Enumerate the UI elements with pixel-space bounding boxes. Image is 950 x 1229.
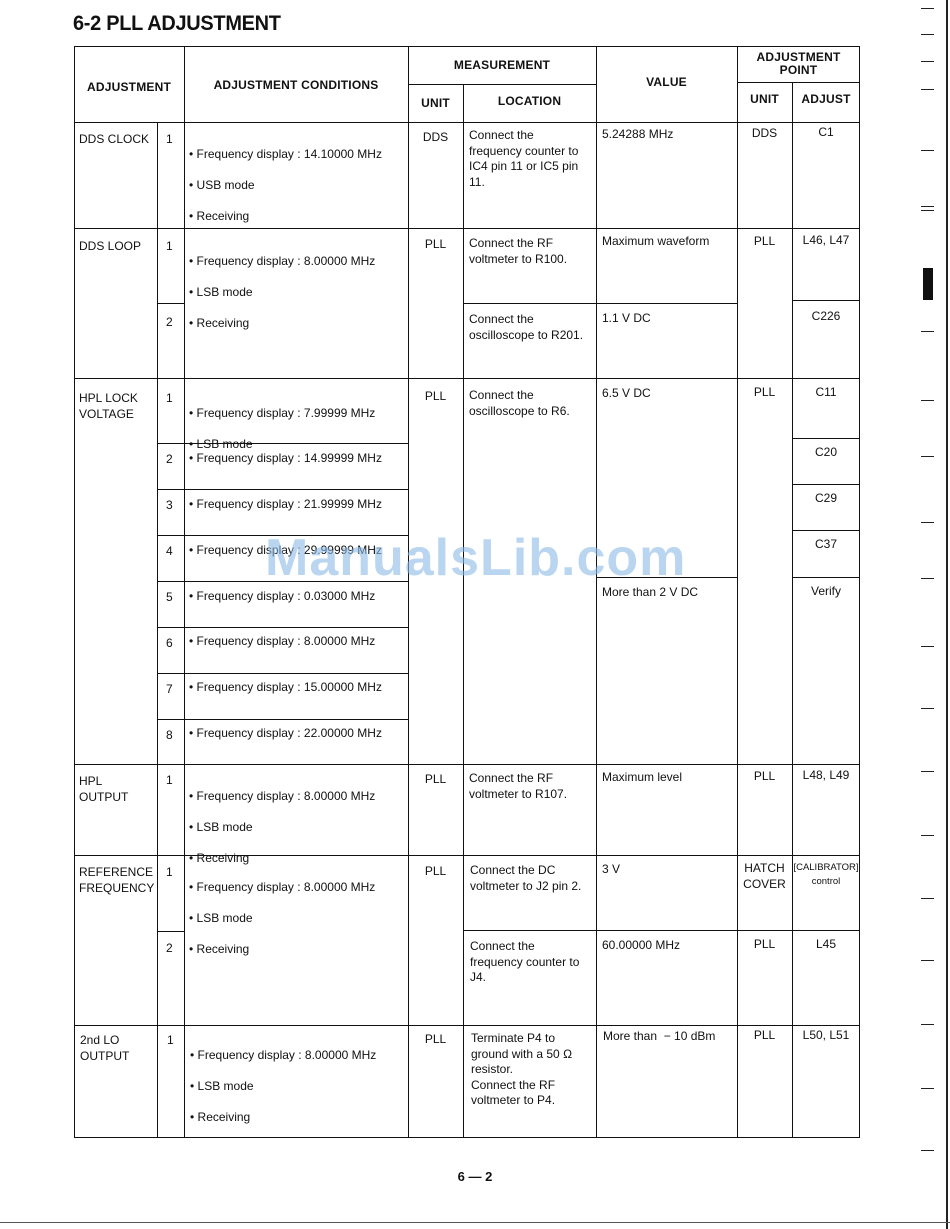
margin-tick [921,646,934,647]
step-number: 2 [166,452,173,468]
step-number: 1 [166,391,173,407]
header-ap-adjust: ADJUST [792,93,860,106]
divider [463,84,464,1138]
step-number: 2 [166,941,173,957]
adjust-point: C37 [792,537,860,553]
adjustment-name: DDS LOOP [79,239,141,255]
adjust-point: L45 [792,937,860,953]
header-measurement: MEASUREMENT [408,59,596,72]
divider [184,46,185,1138]
adjustment-name: HPL OUTPUT [79,774,128,805]
adjust-point: C1 [792,125,860,141]
conditions-list: • Frequency display : 8.00000 MHz • LSB … [189,238,375,347]
adjust-point: C29 [792,491,860,507]
margin-tick [921,1024,934,1025]
margin-tick [921,960,934,961]
location-text: Connect the frequency counter to J4. [470,939,579,986]
conditions-list: • Frequency display : 8.00000 MHz • LSB … [190,1032,376,1141]
step-number: 2 [166,315,173,331]
divider [737,82,860,83]
adjustment-name: REFERENCE FREQUENCY [79,865,154,896]
divider [408,84,596,85]
location-text: Connect the RF voltmeter to R107. [469,771,567,802]
measurement-unit: PLL [408,389,463,405]
margin-tick [921,898,934,899]
adjustment-name: HPL LOCK VOLTAGE [79,391,138,422]
divider [737,46,738,1138]
location-text: Connect the oscilloscope to R6. [469,388,570,419]
divider [74,1025,860,1026]
condition-item: • Frequency display : 29.99999 MHz [189,543,382,559]
conditions-list: • Frequency display : 14.10000 MHz • USB… [189,131,382,240]
margin-tick [921,456,934,457]
divider [157,489,408,490]
location-text: Terminate P4 to ground with a 50 Ω resis… [471,1031,572,1109]
step-number: 4 [166,544,173,560]
header-adjustment: ADJUSTMENT [74,81,184,94]
page-edge [0,1222,950,1223]
adjust-point: L48, L49 [792,768,860,784]
condition-item: • LSB mode [190,1079,376,1095]
ap-unit: HATCH COVER [737,861,792,892]
ap-unit: PLL [737,385,792,401]
margin-tick [921,331,934,332]
condition-item: • Receiving [189,316,375,332]
value-text: 6.5 V DC [602,386,651,402]
step-number: 1 [166,865,173,881]
condition-item: • USB mode [189,178,382,194]
adjustment-name: 2nd LO OUTPUT [80,1033,129,1064]
adjust-point: C11 [792,385,860,401]
condition-item: • LSB mode [189,285,375,301]
condition-item: • Frequency display : 8.00000 MHz [189,880,375,896]
condition-item: • Receiving [189,209,382,225]
step-number: 5 [166,590,173,606]
divider [157,931,184,932]
measurement-unit: PLL [408,237,463,253]
adjust-point: L46, L47 [792,233,860,249]
calibrator-control-adjust: [CALIBRATOR] control [792,861,860,889]
header-adjustment-point: ADJUSTMENT POINT [737,51,860,77]
step-number: 1 [166,773,173,789]
divider [463,303,596,304]
adjust-point: C226 [792,309,860,325]
margin-tick [921,708,934,709]
conditions-list: • Frequency display : 8.00000 MHz • LSB … [189,864,375,973]
page-number: 6 — 2 [0,1169,950,1184]
adjust-point: L50, L51 [792,1028,860,1044]
condition-item: • LSB mode [189,820,375,836]
margin-tick [921,89,934,90]
measurement-unit: PLL [408,1032,463,1048]
location-text: Connect the DC voltmeter to J2 pin 2. [470,863,581,894]
divider [792,577,860,578]
divider [157,535,408,536]
condition-item: • LSB mode [189,911,375,927]
page-title: 6-2 PLL ADJUSTMENT [73,12,281,36]
step-number: 1 [166,239,173,255]
divider [157,303,184,304]
value-text: Maximum waveform [602,234,709,250]
ap-unit: PLL [737,234,792,250]
condition-item: • Frequency display : 8.00000 MHz [189,789,375,805]
adjust-point: C20 [792,445,860,461]
margin-tick [921,206,934,207]
margin-tick [921,8,934,9]
ap-unit: PLL [737,1028,792,1044]
divider [463,930,860,931]
condition-item: • Frequency display : 14.99999 MHz [189,451,382,467]
header-value: VALUE [596,76,737,89]
condition-item: • Frequency display : 22.00000 MHz [189,726,382,742]
divider [792,300,860,301]
divider [157,581,408,582]
margin-tick [921,835,934,836]
margin-tick [921,210,934,211]
condition-item: • Frequency display : 0.03000 MHz [189,589,375,605]
divider [157,673,408,674]
divider [596,46,597,1138]
divider [157,719,408,720]
condition-item: • Frequency display : 8.00000 MHz [189,254,375,270]
divider [792,484,860,485]
margin-tick [921,61,934,62]
location-text: Connect the oscilloscope to R201. [469,312,583,343]
step-number: 6 [166,636,173,652]
condition-item: • LSB mode [189,437,375,453]
divider [408,46,409,1138]
condition-item: • Frequency display : 7.99999 MHz [189,406,375,422]
condition-item: • Frequency display : 14.10000 MHz [189,147,382,163]
measurement-unit: DDS [408,130,463,146]
value-text: 3 V [602,862,620,878]
ap-unit: DDS [737,126,792,142]
step-number: 8 [166,728,173,744]
step-number: 1 [167,1033,174,1049]
step-number: 3 [166,498,173,514]
measurement-unit: PLL [408,864,463,880]
divider [74,764,860,765]
value-text: 1.1 V DC [602,311,651,327]
divider [792,438,860,439]
adjustment-name: DDS CLOCK [79,132,149,148]
divider [596,303,737,304]
header-meas-unit: UNIT [408,97,463,110]
ap-unit: PLL [737,769,792,785]
location-text: Connect the frequency counter to IC4 pin… [469,128,578,190]
step-number: 1 [166,132,173,148]
divider [157,627,408,628]
margin-tick [921,1150,934,1151]
header-ap-unit: UNIT [737,93,792,106]
divider [74,122,860,123]
header-conditions: ADJUSTMENT CONDITIONS [184,79,408,92]
condition-item: • Frequency display : 8.00000 MHz [189,634,375,650]
measurement-unit: PLL [408,772,463,788]
value-text: 5.24288 MHz [602,127,673,143]
divider [596,577,737,578]
margin-tick [921,522,934,523]
header-location: LOCATION [463,95,596,108]
value-text: 60.00000 MHz [602,938,680,954]
step-number: 7 [166,682,173,698]
condition-item: • Frequency display : 15.00000 MHz [189,680,382,696]
condition-item: • Receiving [189,942,375,958]
condition-item: • Frequency display : 8.00000 MHz [190,1048,376,1064]
divider [74,378,860,379]
condition-item: • Receiving [190,1110,376,1126]
margin-block [923,268,933,300]
divider [792,530,860,531]
margin-tick [921,150,934,151]
margin-tick [921,34,934,35]
adjust-point: Verify [792,584,860,600]
location-text: Connect the RF voltmeter to R100. [469,236,567,267]
ap-unit: PLL [737,937,792,953]
condition-item: • Frequency display : 21.99999 MHz [189,497,382,513]
page-edge [946,0,948,1229]
value-text: More than 2 V DC [602,585,698,601]
value-text: Maximum level [602,770,682,786]
divider [157,122,158,1138]
margin-tick [921,771,934,772]
value-text: More than − 10 dBm [603,1029,715,1045]
margin-tick [921,578,934,579]
margin-tick [921,400,934,401]
margin-tick [921,1088,934,1089]
